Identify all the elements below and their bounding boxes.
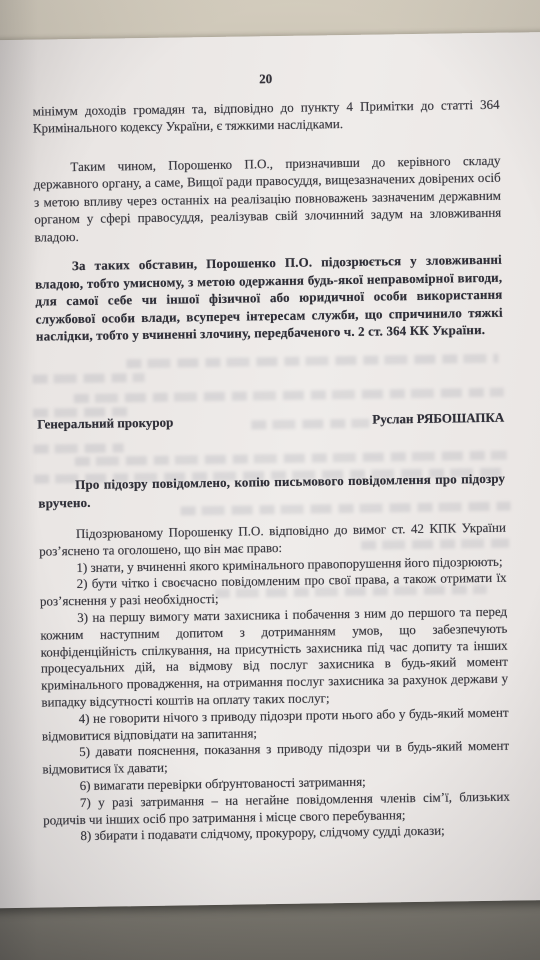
signature-row: Генеральний прокурор Руслан РЯБОШАПКА (37, 408, 504, 432)
paragraph-notice-served: Про підозру повідомлено, копію письмовог… (38, 470, 505, 512)
rights-item-3: 3) на першу вимогу мати захисника і поба… (40, 604, 508, 712)
page-number: 20 (32, 67, 499, 91)
signatory-position: Генеральний прокурор (37, 413, 173, 433)
paragraph-suspicion-statement: За таких обставин, Порошенко П.О. підозр… (35, 251, 503, 345)
document-page: 20 мінімум доходів громадян та, відповід… (0, 31, 540, 908)
paragraph-conclusion: Таким чином, Порошенко П.О., призначивши… (33, 151, 501, 245)
document-text-column: 20 мінімум доходів громадян та, відповід… (0, 31, 540, 846)
rights-list: Підозрюваному Порошенку П.О. відповідно … (39, 520, 511, 846)
signatory-name: Руслан РЯБОШАПКА (372, 408, 504, 427)
paragraph-continuation: мінімум доходів громадян та, відповідно … (33, 95, 500, 137)
photo-scene: 20 мінімум доходів громадян та, відповід… (0, 0, 540, 960)
